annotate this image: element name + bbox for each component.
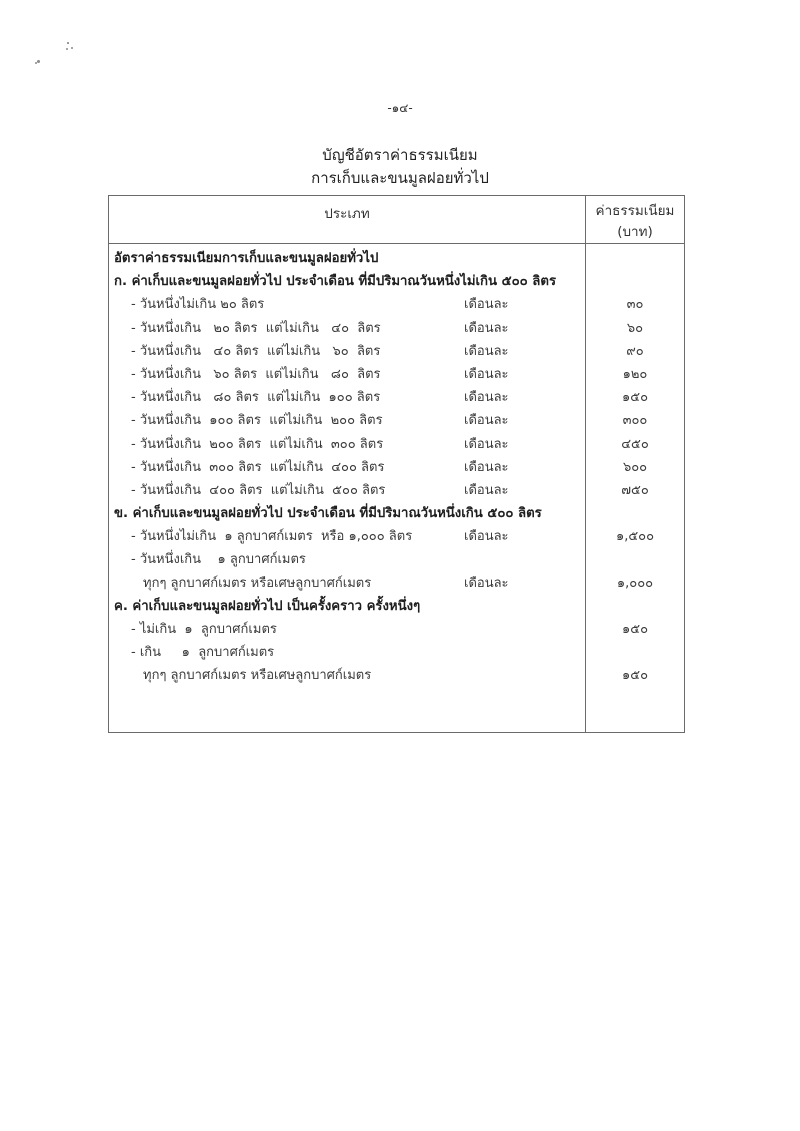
row-billing-period: เดือนละ	[464, 317, 509, 340]
section-heading-row: ข. ค่าเก็บและขนมูลฝอยทั่วไป ประจำเดือน ท…	[109, 502, 684, 525]
row-label: - เกิน ๑ ลูกบาศก์เมตร	[131, 641, 274, 664]
row-fee: ๔๕๐	[586, 433, 684, 456]
row-label: - วันหนึ่งเกิน ๒๐ ลิตร แต่ไม่เกิน ๔๐ ลิต…	[131, 317, 381, 340]
table-body: อัตราค่าธรรมเนียมการเก็บและขนมูลฝอยทั่วไ…	[109, 247, 684, 688]
row-billing-period: เดือนละ	[464, 572, 509, 595]
row-fee: ๖๐	[586, 317, 684, 340]
row-fee: ๑๒๐	[586, 363, 684, 386]
row-label: ทุกๆ ลูกบาศก์เมตร หรือเศษลูกบาศก์เมตร	[143, 664, 371, 687]
row-billing-period: เดือนละ	[464, 433, 509, 456]
table-row: - ไม่เกิน ๑ ลูกบาศก์เมตร๑๕๐	[109, 618, 684, 641]
row-label: - วันหนึ่งเกิน ๓๐๐ ลิตร แต่ไม่เกิน ๔๐๐ ล…	[131, 456, 384, 479]
row-fee: ๓๐	[586, 293, 684, 316]
row-fee: ๓๐๐	[586, 409, 684, 432]
row-fee: ๙๐	[586, 340, 684, 363]
scan-speck	[66, 48, 68, 50]
row-label: อัตราค่าธรรมเนียมการเก็บและขนมูลฝอยทั่วไ…	[114, 247, 378, 270]
row-billing-period: เดือนละ	[464, 340, 509, 363]
row-billing-period: เดือนละ	[464, 525, 509, 548]
scan-speck	[35, 62, 37, 64]
table-row: - วันหนึ่งเกิน ๘๐ ลิตร แต่ไม่เกิน ๑๐๐ ลิ…	[109, 386, 684, 409]
row-fee: ๑๕๐	[586, 664, 684, 687]
table-row: - วันหนึ่งเกิน ๖๐ ลิตร แต่ไม่เกิน ๘๐ ลิต…	[109, 363, 684, 386]
table-row: - วันหนึ่งเกิน ๔๐๐ ลิตร แต่ไม่เกิน ๕๐๐ ล…	[109, 479, 684, 502]
table-row: - วันหนึ่งเกิน ๒๐ ลิตร แต่ไม่เกิน ๔๐ ลิต…	[109, 317, 684, 340]
document-title: บัญชีอัตราค่าธรรมเนียม	[0, 145, 800, 165]
table-row: - วันหนึ่งไม่เกิน ๒๐ ลิตรเดือนละ๓๐	[109, 293, 684, 316]
table-row: - วันหนึ่งเกิน ๓๐๐ ลิตร แต่ไม่เกิน ๔๐๐ ล…	[109, 456, 684, 479]
header-divider	[109, 243, 684, 244]
row-label: - ไม่เกิน ๑ ลูกบาศก์เมตร	[131, 618, 277, 641]
scan-speck	[71, 47, 73, 49]
row-fee: ๖๐๐	[586, 456, 684, 479]
row-fee: ๗๕๐	[586, 479, 684, 502]
row-label: - วันหนึ่งไม่เกิน ๒๐ ลิตร	[131, 293, 264, 316]
section-heading-row: ค. ค่าเก็บและขนมูลฝอยทั่วไป เป็นครั้งครา…	[109, 595, 684, 618]
table-row: ทุกๆ ลูกบาศก์เมตร หรือเศษลูกบาศก์เมตรเดื…	[109, 572, 684, 595]
row-billing-period: เดือนละ	[464, 363, 509, 386]
row-billing-period: เดือนละ	[464, 409, 509, 432]
document-subtitle: การเก็บและขนมูลฝอยทั่วไป	[0, 168, 800, 188]
section-heading-row: อัตราค่าธรรมเนียมการเก็บและขนมูลฝอยทั่วไ…	[109, 247, 684, 270]
scan-speck	[67, 42, 69, 44]
row-label: ทุกๆ ลูกบาศก์เมตร หรือเศษลูกบาศก์เมตร	[143, 572, 371, 595]
row-label: - วันหนึ่งเกิน ๑ ลูกบาศก์เมตร	[131, 548, 306, 571]
column-header-type: ประเภท	[109, 202, 585, 224]
row-fee: ๑๕๐	[586, 618, 684, 641]
fee-table: ประเภท ค่าธรรมเนียม (บาท) อัตราค่าธรรมเน…	[108, 195, 685, 733]
row-label: - วันหนึ่งเกิน ๔๐ ลิตร แต่ไม่เกิน ๖๐ ลิต…	[131, 340, 380, 363]
row-fee: ๑๕๐	[586, 386, 684, 409]
row-label: - วันหนึ่งเกิน ๘๐ ลิตร แต่ไม่เกิน ๑๐๐ ลิ…	[131, 386, 380, 409]
column-header-fee-label: ค่าธรรมเนียม	[586, 201, 684, 222]
row-billing-period: เดือนละ	[464, 386, 509, 409]
row-label: - วันหนึ่งไม่เกิน ๑ ลูกบาศก์เมตร หรือ ๑,…	[131, 525, 412, 548]
column-header-fee-unit: (บาท)	[586, 222, 684, 243]
page-number: -๑๔-	[0, 99, 800, 118]
scan-speck	[37, 60, 40, 63]
section-heading-row: ก. ค่าเก็บและขนมูลฝอยทั่วไป ประจำเดือน ท…	[109, 270, 684, 293]
table-row: - วันหนึ่งเกิน ๑๐๐ ลิตร แต่ไม่เกิน ๒๐๐ ล…	[109, 409, 684, 432]
row-label: ก. ค่าเก็บและขนมูลฝอยทั่วไป ประจำเดือน ท…	[114, 270, 556, 293]
column-header-fee: ค่าธรรมเนียม (บาท)	[586, 201, 684, 243]
row-label: ค. ค่าเก็บและขนมูลฝอยทั่วไป เป็นครั้งครา…	[114, 595, 420, 618]
table-row: - วันหนึ่งเกิน ๑ ลูกบาศก์เมตร	[109, 548, 684, 571]
table-row: - วันหนึ่งไม่เกิน ๑ ลูกบาศก์เมตร หรือ ๑,…	[109, 525, 684, 548]
row-billing-period: เดือนละ	[464, 456, 509, 479]
row-label: - วันหนึ่งเกิน ๔๐๐ ลิตร แต่ไม่เกิน ๕๐๐ ล…	[131, 479, 385, 502]
row-label: ข. ค่าเก็บและขนมูลฝอยทั่วไป ประจำเดือน ท…	[114, 502, 542, 525]
row-fee: ๑,๐๐๐	[586, 572, 684, 595]
row-fee: ๑,๕๐๐	[586, 525, 684, 548]
row-label: - วันหนึ่งเกิน ๒๐๐ ลิตร แต่ไม่เกิน ๓๐๐ ล…	[131, 433, 383, 456]
row-label: - วันหนึ่งเกิน ๑๐๐ ลิตร แต่ไม่เกิน ๒๐๐ ล…	[131, 409, 383, 432]
table-row: ทุกๆ ลูกบาศก์เมตร หรือเศษลูกบาศก์เมตร๑๕๐	[109, 664, 684, 687]
row-label: - วันหนึ่งเกิน ๖๐ ลิตร แต่ไม่เกิน ๘๐ ลิต…	[131, 363, 381, 386]
row-billing-period: เดือนละ	[464, 293, 509, 316]
row-billing-period: เดือนละ	[464, 479, 509, 502]
table-row: - วันหนึ่งเกิน ๔๐ ลิตร แต่ไม่เกิน ๖๐ ลิต…	[109, 340, 684, 363]
table-row: - วันหนึ่งเกิน ๒๐๐ ลิตร แต่ไม่เกิน ๓๐๐ ล…	[109, 433, 684, 456]
table-row: - เกิน ๑ ลูกบาศก์เมตร	[109, 641, 684, 664]
